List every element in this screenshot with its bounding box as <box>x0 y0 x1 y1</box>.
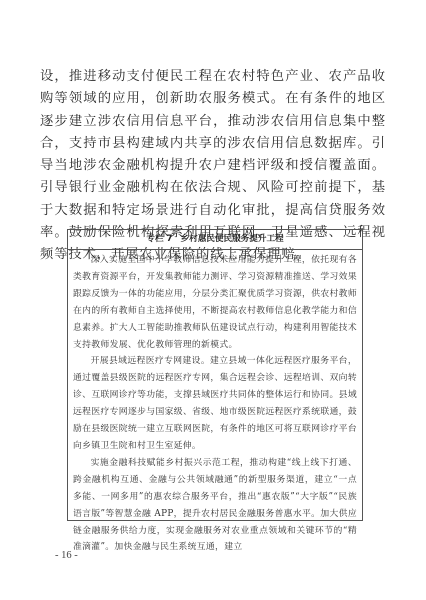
page-number: - 16 - <box>55 550 78 561</box>
box-paragraph: 实施金融科技赋能乡村振兴示范工程，推动构建“线上线下打通、跨金融机构互通、金融与… <box>73 455 357 556</box>
box-body: 深入实施全国中小学教师信息技术应用能力提升工程，依托现有各类教育资源平台，开发集… <box>68 250 362 556</box>
box-paragraph: 开展县域远程医疗专网建设。建立县域一体化远程医疗服务平台，通过覆盖县级医院的远程… <box>73 353 357 454</box>
box-paragraph: 深入实施全国中小学教师信息技术应用能力提升工程，依托现有各类教育资源平台，开发集… <box>73 252 357 353</box>
box-title: 专栏 7乡村惠民便民服务提升工程 <box>68 230 362 250</box>
box-number: 专栏 7 <box>146 234 172 244</box>
box-title-text: 乡村惠民便民服务提升工程 <box>181 234 284 244</box>
column-box: 专栏 7乡村惠民便民服务提升工程 深入实施全国中小学教师信息技术应用能力提升工程… <box>67 229 363 521</box>
